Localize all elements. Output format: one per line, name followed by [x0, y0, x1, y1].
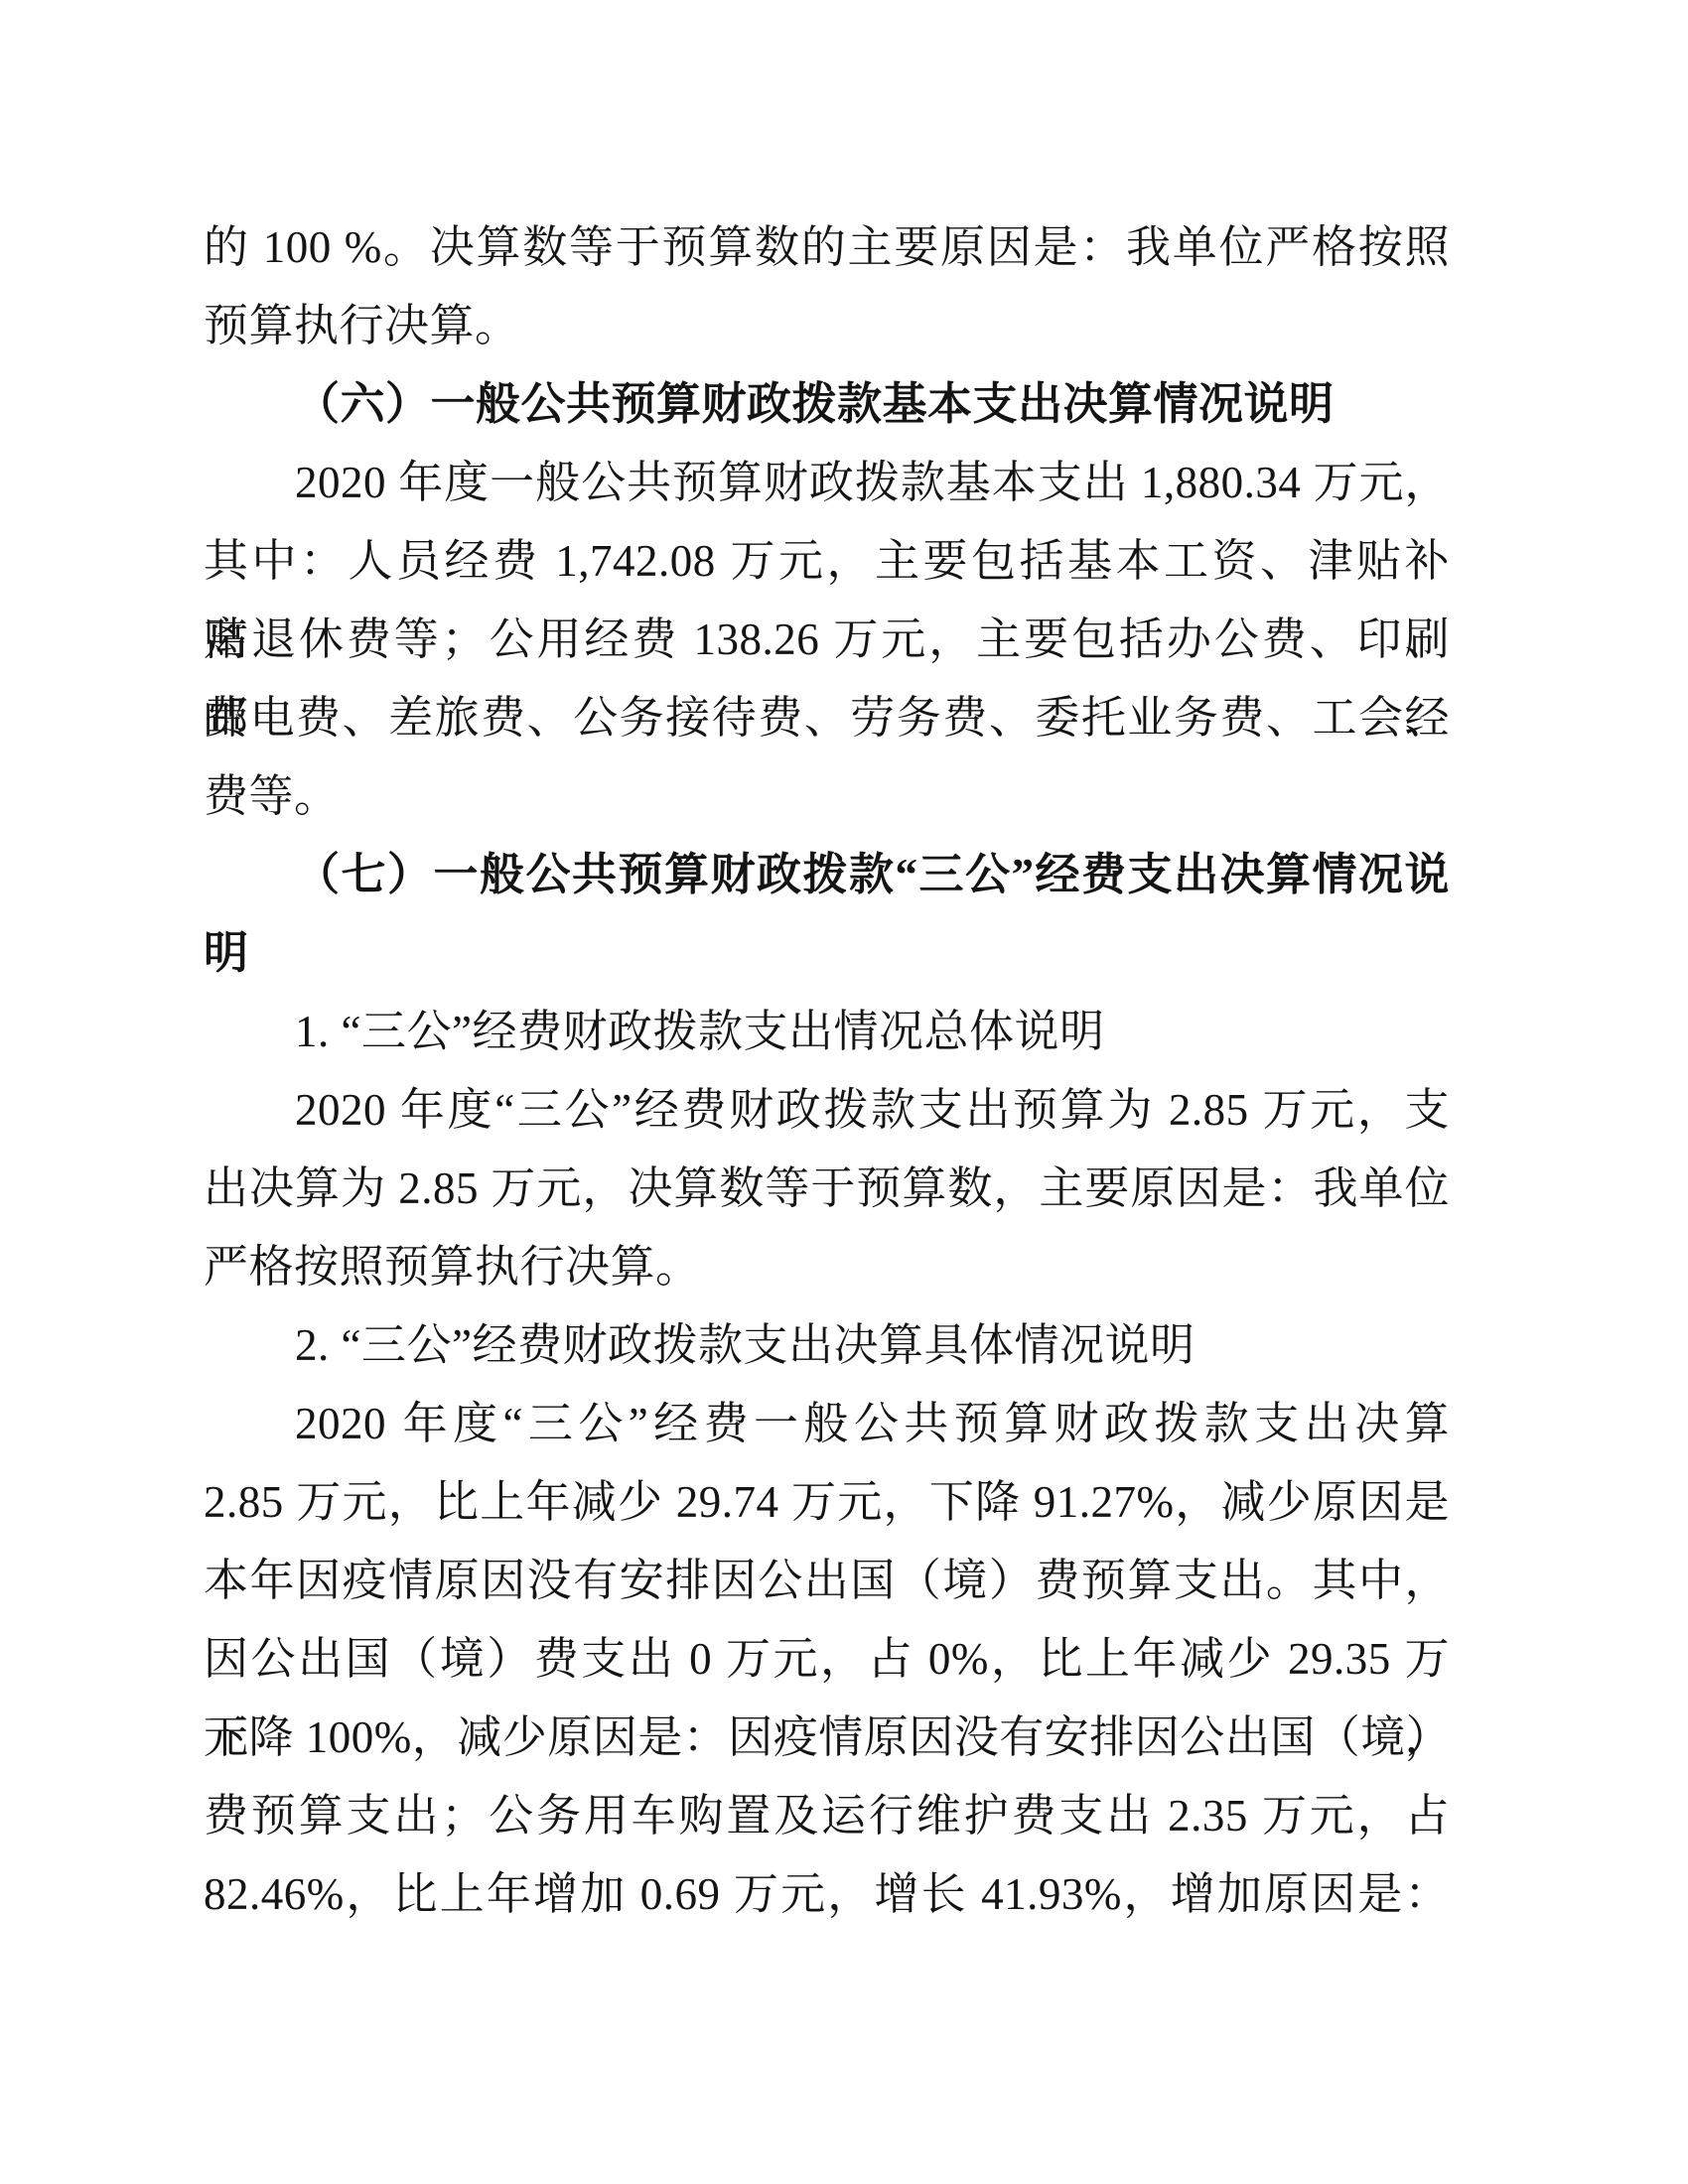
body-text-line: 2.85 万元，比上年减少 29.74 万元，下降 91.27%，减少原因是	[204, 1463, 1450, 1542]
body-text-line: 邮电费、差旅费、公务接待费、劳务费、委托业务费、工会经	[204, 679, 1450, 757]
section-heading-6: （六）一般公共预算财政拨款基本支出决算情况说明	[204, 365, 1450, 444]
body-text-line: 费预算支出；公务用车购置及运行维护费支出 2.35 万元，占	[204, 1777, 1450, 1855]
body-text-line: 82.46%，比上年增加 0.69 万元，增长 41.93%，增加原因是：	[204, 1855, 1450, 1934]
body-text-line: 2020 年度一般公共预算财政拨款基本支出 1,880.34 万元，	[204, 444, 1450, 522]
body-text-line: 因公出国（境）费支出 0 万元，占 0%，比上年减少 29.35 万元，	[204, 1620, 1450, 1699]
body-text-line: 预算执行决算。	[204, 287, 1450, 365]
body-text-line: 下降 100%，减少原因是：因疫情原因没有安排因公出国（境）	[204, 1699, 1450, 1777]
section-heading-7: （七）一般公共预算财政拨款“三公”经费支出决算情况说	[204, 836, 1450, 914]
body-text-line: 的 100 %。决算数等于预算数的主要原因是：我单位严格按照	[204, 208, 1450, 287]
body-text-line: 严格按照预算执行决算。	[204, 1228, 1450, 1306]
body-text-line: 其中：人员经费 1,742.08 万元，主要包括基本工资、津贴补贴、	[204, 522, 1450, 601]
document-text-block: 的 100 %。决算数等于预算数的主要原因是：我单位严格按照 预算执行决算。 （…	[204, 208, 1450, 1934]
subsection-item-1: 1. “三公”经费财政拨款支出情况总体说明	[204, 993, 1450, 1071]
document-page: 的 100 %。决算数等于预算数的主要原因是：我单位严格按照 预算执行决算。 （…	[0, 0, 1688, 2184]
body-text-line: 费等。	[204, 757, 1450, 836]
body-text-line: 出决算为 2.85 万元，决算数等于预算数，主要原因是：我单位	[204, 1150, 1450, 1228]
body-text-line: 本年因疫情原因没有安排因公出国（境）费预算支出。其中，	[204, 1542, 1450, 1620]
body-text-line: 2020 年度“三公”经费一般公共预算财政拨款支出决算	[204, 1385, 1450, 1463]
section-heading-7-continuation: 明	[204, 914, 1450, 993]
body-text-line: 2020 年度“三公”经费财政拨款支出预算为 2.85 万元，支	[204, 1071, 1450, 1150]
body-text-line: 离退休费等；公用经费 138.26 万元，主要包括办公费、印刷费、	[204, 601, 1450, 679]
subsection-item-2: 2. “三公”经费财政拨款支出决算具体情况说明	[204, 1306, 1450, 1385]
